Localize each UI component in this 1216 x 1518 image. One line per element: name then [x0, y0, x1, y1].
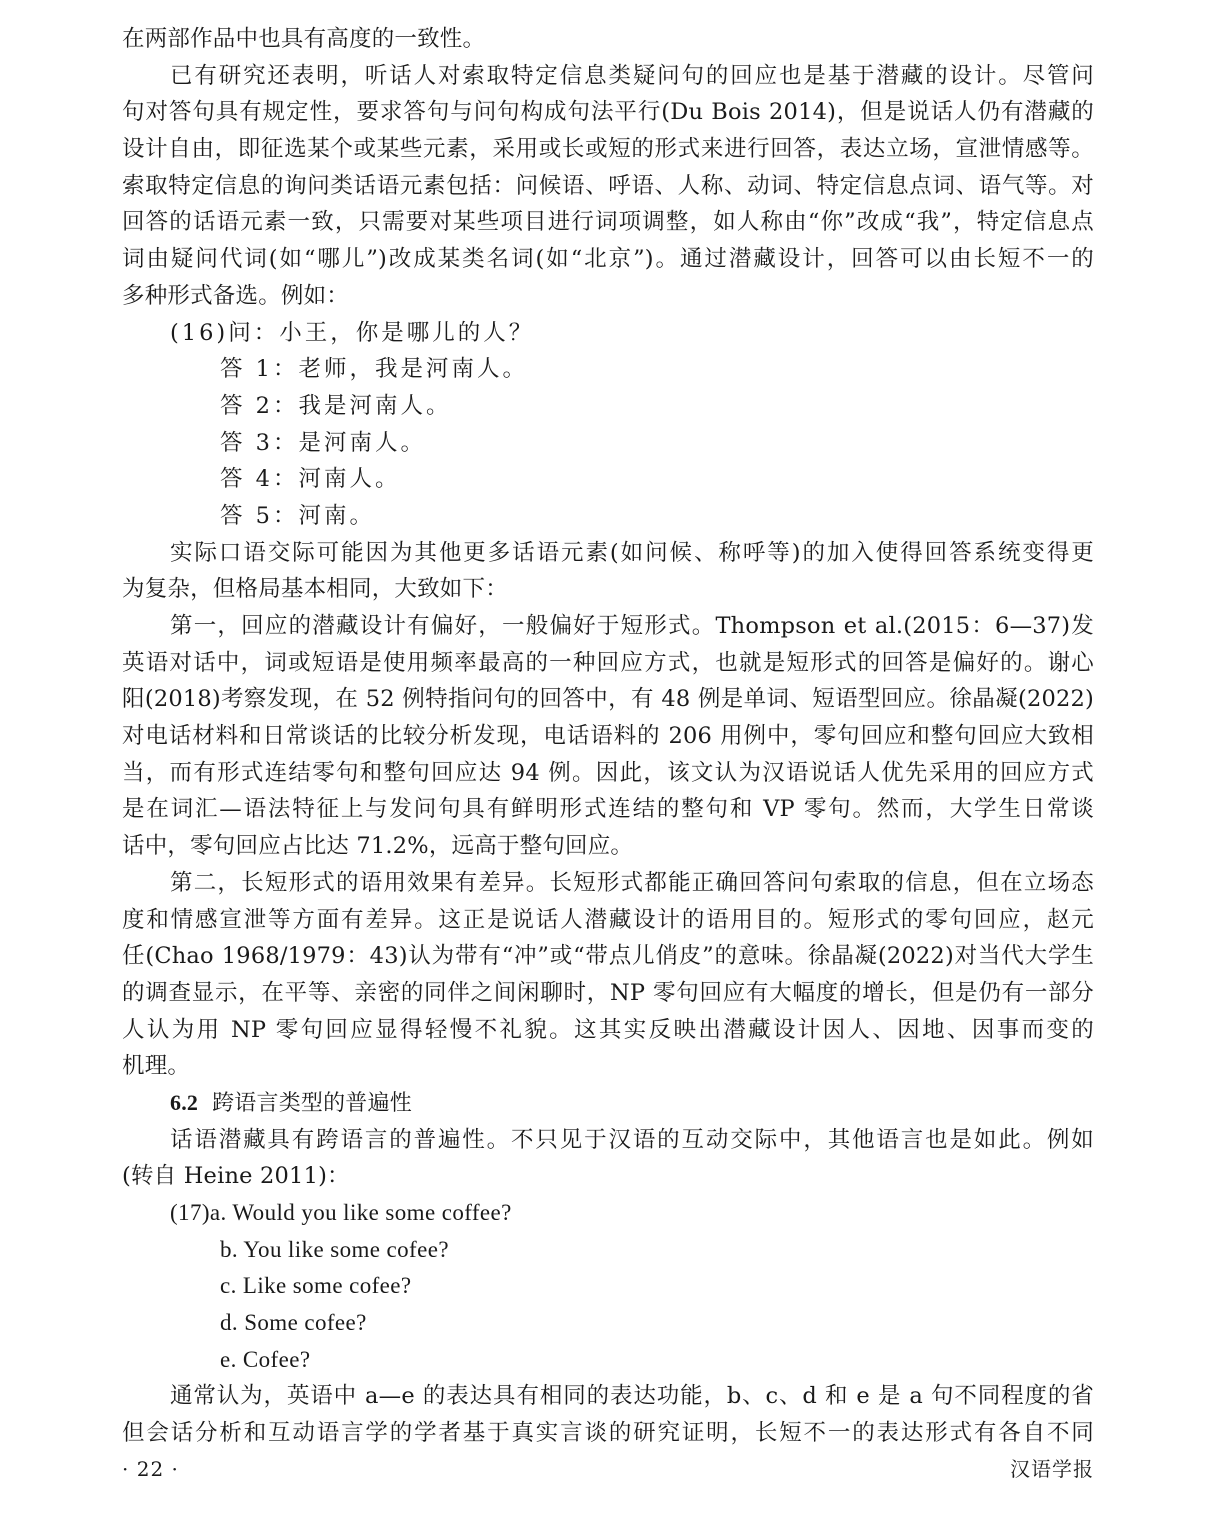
text-line: 话语潜藏具有跨语言的普遍性。不只见于汉语的互动交际中，其他语言也是如此。例如 — [122, 1122, 1094, 1159]
text-line: 多种形式备选。例如： — [122, 278, 1094, 315]
text-line: 回答的话语元素一致，只需要对某些项目进行词项调整，如人称由“你”改成“我”，特定… — [122, 204, 1094, 241]
text-line: 当，而有形式连结零句和整句回应达 94 例。因此，该文认为汉语说话人优先采用的回… — [122, 755, 1094, 792]
journal-name: 汉语学报 — [1010, 1454, 1094, 1484]
text-line: 索取特定信息的询问类话语元素包括：问候语、呼语、人称、动词、特定信息点词、语气等… — [122, 168, 1094, 205]
text-line: 阳(2018)考察发现，在 52 例特指问句的回答中，有 48 例是单词、短语型… — [122, 681, 1094, 718]
paragraph-first-point: 第一，回应的潜藏设计有偏好，一般偏好于短形式。Thompson et al.(2… — [122, 608, 1094, 865]
text-line: 机理。 — [122, 1048, 1094, 1085]
text-line: 在两部作品中也具有高度的一致性。 — [122, 21, 1094, 58]
paragraph-english-ellipsis: 通常认为，英语中 a—e 的表达具有相同的表达功能，b、c、d 和 e 是 a … — [122, 1378, 1094, 1451]
example-question: (16)问：小王，你是哪儿的人？ — [122, 315, 1094, 352]
text-line: (转自 Heine 2011)： — [122, 1158, 1094, 1195]
text-line: 第一，回应的潜藏设计有偏好，一般偏好于短形式。Thompson et al.(2… — [122, 608, 1094, 645]
text-line: 实际口语交际可能因为其他更多话语元素(如问候、称呼等)的加入使得回答系统变得更 — [122, 535, 1094, 572]
text-line: 英语对话中，词或短语是使用频率最高的一种回应方式，也就是短形式的回答是偏好的。谢… — [122, 645, 1094, 682]
example-label: (17) — [170, 1200, 210, 1225]
section-number: 6.2 — [170, 1090, 198, 1115]
text-line: 通常认为，英语中 a—e 的表达具有相同的表达功能，b、c、d 和 e 是 a … — [122, 1378, 1094, 1415]
example-item: d. Some cofee? — [122, 1305, 1094, 1342]
text-line: 设计自由，即征选某个或某些元素，采用或长或短的形式来进行回答，表达立场，宣泄情感… — [122, 131, 1094, 168]
text-line: 但会话分析和互动语言学的学者基于真实言谈的研究证明，长短不一的表达形式有各自不同 — [122, 1415, 1094, 1452]
text-line: 任(Chao 1968/1979：43)认为带有“冲”或“带点儿俏皮”的意味。徐… — [122, 938, 1094, 975]
page-number: · 22 · — [122, 1454, 179, 1484]
text-line: 话中，零句回应占比达 71.2%，远高于整句回应。 — [122, 828, 1094, 865]
example-text: a. Would you like some coffee? — [210, 1200, 512, 1225]
section-title: 跨语言类型的普遍性 — [212, 1091, 412, 1116]
text-line: 度和情感宣泄等方面有差异。这正是说话人潜藏设计的语用目的。短形式的零句回应，赵元 — [122, 902, 1094, 939]
example-item: e. Cofee? — [122, 1342, 1094, 1379]
example-item: c. Like some cofee? — [122, 1268, 1094, 1305]
text-line: 句对答句具有规定性，要求答句与问句构成句法平行(Du Bois 2014)，但是… — [122, 94, 1094, 131]
example-answer: 答 2：我是河南人。 — [122, 388, 1094, 425]
example-item: (17)a. Would you like some coffee? — [122, 1195, 1094, 1232]
example-16: (16)问：小王，你是哪儿的人？ 答 1：老师，我是河南人。 答 2：我是河南人… — [122, 315, 1094, 535]
paragraph-second-point: 第二，长短形式的语用效果有差异。长短形式都能正确回答问句索取的信息，但在立场态 … — [122, 865, 1094, 1085]
text-line: 对电话材料和日常谈话的比较分析发现，电话语料的 206 用例中，零句回应和整句回… — [122, 718, 1094, 755]
example-answer: 答 1：老师，我是河南人。 — [122, 351, 1094, 388]
example-answer: 答 3：是河南人。 — [122, 425, 1094, 462]
text-line: 是在词汇—语法特征上与发问句具有鲜明形式连结的整句和 VP 零句。然而，大学生日… — [122, 791, 1094, 828]
text-line: 的调查显示，在平等、亲密的同伴之间闲聊时，NP 零句回应有大幅度的增长，但是仍有… — [122, 975, 1094, 1012]
example-answer: 答 5：河南。 — [122, 498, 1094, 535]
page-footer: · 22 · 汉语学报 — [122, 1454, 1094, 1484]
example-17: (17)a. Would you like some coffee? b. Yo… — [122, 1195, 1094, 1378]
example-item: b. You like some cofee? — [122, 1232, 1094, 1269]
paragraph-spoken-communication: 实际口语交际可能因为其他更多话语元素(如问候、称呼等)的加入使得回答系统变得更 … — [122, 535, 1094, 608]
paragraph-cross-linguistic: 话语潜藏具有跨语言的普遍性。不只见于汉语的互动交际中，其他语言也是如此。例如 (… — [122, 1122, 1094, 1195]
text-line: 词由疑问代词(如“哪儿”)改成某类名词(如“北京”)。通过潜藏设计，回答可以由长… — [122, 241, 1094, 278]
text-line: 人认为用 NP 零句回应显得轻慢不礼貌。这其实反映出潜藏设计因人、因地、因事而变… — [122, 1012, 1094, 1049]
text-line: 已有研究还表明，听话人对索取特定信息类疑问句的回应也是基于潜藏的设计。尽管问 — [122, 58, 1094, 95]
text-line: 为复杂，但格局基本相同，大致如下： — [122, 571, 1094, 608]
paragraph-latent-design: 已有研究还表明，听话人对索取特定信息类疑问句的回应也是基于潜藏的设计。尽管问 句… — [122, 58, 1094, 315]
section-heading: 6.2跨语言类型的普遍性 — [122, 1085, 1094, 1122]
question-text: 问：小王，你是哪儿的人？ — [228, 320, 534, 346]
text-line: 第二，长短形式的语用效果有差异。长短形式都能正确回答问句索取的信息，但在立场态 — [122, 865, 1094, 902]
page-body: 在两部作品中也具有高度的一致性。 已有研究还表明，听话人对索取特定信息类疑问句的… — [122, 21, 1094, 1452]
example-label: (16) — [170, 320, 228, 346]
example-answer: 答 4：河南人。 — [122, 461, 1094, 498]
